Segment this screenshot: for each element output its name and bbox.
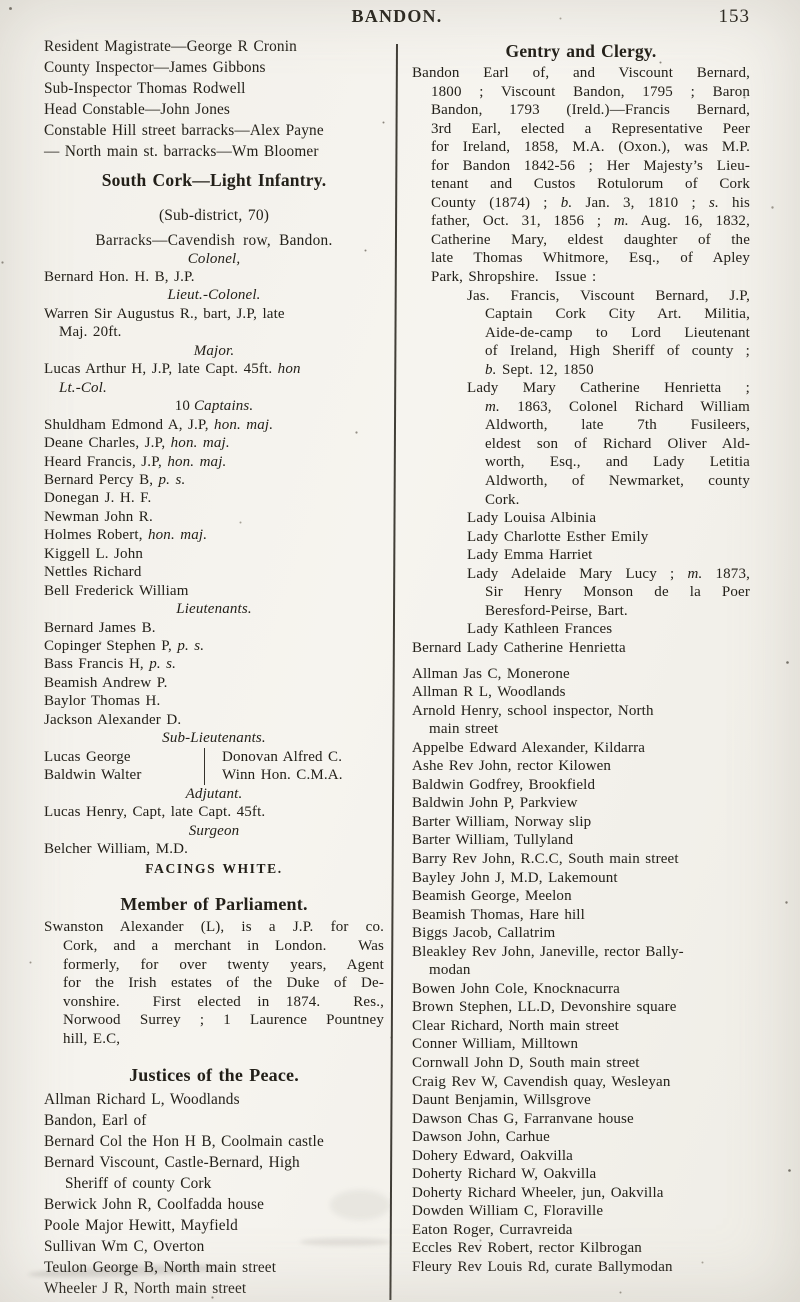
- paragraph-line: for Ireland, 1858, M.A. (Oxon.), was M.P…: [412, 138, 750, 157]
- list-item: Dowden William C, Floraville: [412, 1202, 750, 1221]
- rank-heading-major: Major.: [44, 342, 384, 360]
- list-item: Heard Francis, J.P, hon. maj.: [44, 453, 384, 471]
- surgeon-entry: Belcher William, M.D.: [44, 840, 384, 858]
- paragraph-line: Aldworth, late 7th Fusileers,: [412, 416, 750, 435]
- list-item: Constable Hill street barracks—Alex Payn…: [44, 120, 384, 141]
- lieut-colonel-entry: Warren Sir Augustus R., bart, J.P, lateM…: [44, 305, 384, 342]
- justices-title: Justices of the Peace.: [44, 1063, 384, 1087]
- issue-entry-jas: Jas. Francis, Viscount Bernard, J.P, Cap…: [412, 287, 750, 380]
- list-item: Dohery Edward, Oakvilla: [412, 1147, 750, 1166]
- list-item: Baldwin WalterWinn Hon. C.M.A.: [44, 766, 384, 784]
- paragraph-line: Lady Mary Catherine Henrietta ;: [412, 379, 750, 398]
- list-item: — North main st. barracks—Wm Bloomer: [44, 141, 384, 162]
- officials-list: Resident Magistrate—George R CroninCount…: [44, 0, 384, 162]
- parliament-title: Member of Parliament.: [44, 892, 384, 916]
- issue-entry-adelaide: Lady Adelaide Mary Lucy ; m. 1873, Sir H…: [412, 565, 750, 621]
- list-item: Lucas GeorgeDonovan Alfred C.: [44, 748, 384, 766]
- scanned-page: BANDON. 153 Resident Magistrate—George R…: [0, 0, 800, 1302]
- paragraph-line: eldest son of Richard Oliver Ald-: [412, 435, 750, 454]
- rank-heading-lieut-colonel: Lieut.-Colonel.: [44, 286, 384, 304]
- list-item: Dawson John, Carhue: [412, 1128, 750, 1147]
- facings-line: FACINGS WHITE.: [44, 860, 384, 878]
- lieutenants-list: Bernard James B.Copinger Stephen P, p. s…: [44, 619, 384, 730]
- issue-entry-kathleen: Lady Kathleen Frances: [412, 620, 750, 639]
- list-item: Donegan J. H. F.: [44, 489, 384, 507]
- list-item: Cornwall John D, South main street: [412, 1054, 750, 1073]
- list-item: Clear Richard, North main street: [412, 1017, 750, 1036]
- list-item: Jackson Alexander D.: [44, 711, 384, 729]
- list-item: Doherty Richard Wheeler, jun, Oakvilla: [412, 1184, 750, 1203]
- rank-heading-lieutenants: Lieutenants.: [44, 600, 384, 618]
- list-item: Barry Rev John, R.C.C, South main street: [412, 850, 750, 869]
- list-item: Resident Magistrate—George R Cronin: [44, 36, 384, 57]
- rank-heading-adjutant: Adjutant.: [44, 785, 384, 803]
- colonel-entry: Bernard Hon. H. B, J.P.: [44, 268, 384, 286]
- list-item: Doherty Richard W, Oakvilla: [412, 1165, 750, 1184]
- paragraph-line: Jas. Francis, Viscount Bernard, J.P,: [412, 287, 750, 306]
- paragraph-line: vonshire. First elected in 1874. Res.,: [44, 993, 384, 1012]
- list-item: Teulon George B, North main street: [44, 1257, 384, 1278]
- paragraph-line: Catherine Mary, eldest daughter of the: [412, 231, 750, 250]
- list-item: Brown Stephen, LL.D, Devonshire square: [412, 998, 750, 1017]
- list-item: Shuldham Edmond A, J.P, hon. maj.: [44, 416, 384, 434]
- paragraph-line: Cork, and a merchant in London. Was: [44, 937, 384, 956]
- list-item: Bowen John Cole, Knocknacurra: [412, 980, 750, 999]
- list-item: Appelbe Edward Alexander, Kildarra: [412, 739, 750, 758]
- scan-noise: [0, 0, 1, 1]
- major-entry: Lucas Arthur H, J.P, late Capt. 45ft. ho…: [44, 360, 384, 397]
- list-item: Nettles Richard: [44, 563, 384, 581]
- paragraph-line: of Ireland, High Sheriff of county ;: [412, 342, 750, 361]
- list-item: Sullivan Wm C, Overton: [44, 1236, 384, 1257]
- paragraph-line: Aldworth, of Newmarket, county: [412, 472, 750, 491]
- list-item: Ashe Rev John, rector Kilowen: [412, 757, 750, 776]
- paragraph-line: for Bandon 1842-56 ; Her Majesty’s Lieu-: [412, 157, 750, 176]
- paragraph-line: formerly, for over twenty years, Agent: [44, 956, 384, 975]
- list-item: Baldwin Godfrey, Brookfield: [412, 776, 750, 795]
- paragraph-line: hill, E.C,: [44, 1030, 384, 1049]
- paragraph-line: tenant and Custos Rotulorum of Cork: [412, 175, 750, 194]
- paragraph-line: late Thomas Whitmore, Esq., of Apley: [412, 249, 750, 268]
- list-item: Baldwin John P, Parkview: [412, 794, 750, 813]
- barracks-line: Barracks—Cavendish row, Bandon.: [44, 231, 384, 250]
- list-item: Dawson Chas G, Farranvane house: [412, 1110, 750, 1129]
- list-item: Beamish Andrew P.: [44, 674, 384, 692]
- earl-paragraph: Bandon Earl of, and Viscount Bernard, 18…: [412, 64, 750, 287]
- list-item: Eaton Roger, Curravreida: [412, 1221, 750, 1240]
- list-item: Beamish Thomas, Hare hill: [412, 906, 750, 925]
- list-item: Allman Richard L, Woodlands: [44, 1089, 384, 1110]
- list-item: Kiggell L. John: [44, 545, 384, 563]
- rank-heading-sub-lieutenants: Sub-Lieutenants.: [44, 729, 384, 747]
- list-item: Barter William, Tullyland: [412, 831, 750, 850]
- list-item: Deane Charles, J.P, hon. maj.: [44, 434, 384, 452]
- list-item: Berwick John R, Coolfadda house: [44, 1194, 384, 1215]
- list-item: Barter William, Norway slip: [412, 813, 750, 832]
- list-item: Allman Jas C, Monerone: [412, 665, 750, 684]
- list-item: Eccles Rev Robert, rector Kilbrogan: [412, 1239, 750, 1258]
- right-column: Gentry and Clergy. Bandon Earl of, and V…: [412, 0, 750, 1277]
- infantry-subtitle: (Sub-district, 70): [44, 206, 384, 226]
- list-item: Copinger Stephen P, p. s.: [44, 637, 384, 655]
- list-item: Fleury Rev Louis Rd, curate Ballymodan: [412, 1258, 750, 1277]
- issue-entry-louisa: Lady Louisa Albinia: [412, 509, 750, 528]
- list-item: Newman John R.: [44, 508, 384, 526]
- residents-list: Allman Jas C, MoneroneAllman R L, Woodla…: [412, 665, 750, 1277]
- paragraph-line: Sir Henry Monson de la Poer: [412, 583, 750, 602]
- list-item: Baylor Thomas H.: [44, 692, 384, 710]
- list-item: Conner William, Milltown: [412, 1035, 750, 1054]
- list-item: Holmes Robert, hon. maj.: [44, 526, 384, 544]
- list-item: Beamish George, Meelon: [412, 887, 750, 906]
- list-item: Bayley John J, M.D, Lakemount: [412, 869, 750, 888]
- list-item: Bandon, Earl of: [44, 1110, 384, 1131]
- issue-entry-emma: Lady Emma Harriet: [412, 546, 750, 565]
- paragraph-line: Lady Adelaide Mary Lucy ; m. 1873,: [412, 565, 750, 584]
- parliament-paragraph: Swanston Alexander (L), is a J.P. for co…: [44, 918, 384, 1048]
- list-item: Wheeler J R, North main street: [44, 1278, 384, 1299]
- sub-lieutenants-list: Lucas GeorgeDonovan Alfred C.Baldwin Wal…: [44, 748, 384, 785]
- rank-heading-captains: 10Captains.: [44, 397, 384, 415]
- paragraph-line: Norwood Surrey ; 1 Laurence Pountney: [44, 1011, 384, 1030]
- paragraph-line: b. Sept. 12, 1850: [412, 361, 750, 380]
- rank-heading-colonel: Colonel,: [44, 250, 384, 268]
- list-item: Allman R L, Woodlands: [412, 683, 750, 702]
- paragraph-line: Bandon, 1793 (Ireld.)—Francis Bernard,: [412, 101, 750, 120]
- list-item: Bleakley Rev John, Janeville, rector Bal…: [412, 943, 750, 980]
- list-item: Craig Rev W, Cavendish quay, Wesleyan: [412, 1073, 750, 1092]
- paragraph-line: Beresford-Peirse, Bart.: [412, 602, 750, 621]
- left-column: Resident Magistrate—George R CroninCount…: [44, 0, 384, 1299]
- list-item: Arnold Henry, school inspector, Northmai…: [412, 702, 750, 739]
- paragraph-line: 3rd Earl, elected a Representative Peer: [412, 120, 750, 139]
- list-item: Bass Francis H, p. s.: [44, 655, 384, 673]
- paragraph-line: for the Irish estates of the Duke of De-: [44, 974, 384, 993]
- paragraph-line: Aide-de-camp to Lord Lieutenant: [412, 324, 750, 343]
- paragraph-line: Park, Shropshire. Issue :: [412, 268, 750, 287]
- paragraph-line: Captain Cork City Art. Militia,: [412, 305, 750, 324]
- list-item: Biggs Jacob, Callatrim: [412, 924, 750, 943]
- list-item: Bernard Percy B, p. s.: [44, 471, 384, 489]
- paragraph-line: 1800 ; Viscount Bandon, 1795 ; Baron: [412, 83, 750, 102]
- paragraph-line: County (1874) ; b. Jan. 3, 1810 ; s. his: [412, 194, 750, 213]
- paragraph-line: m. 1863, Colonel Richard William: [412, 398, 750, 417]
- justices-list: Allman Richard L, WoodlandsBandon, Earl …: [44, 1089, 384, 1299]
- paragraph-line: Swanston Alexander (L), is a J.P. for co…: [44, 918, 384, 937]
- issue-entry-mary: Lady Mary Catherine Henrietta ; m. 1863,…: [412, 379, 750, 509]
- column-divider: [389, 44, 398, 1300]
- list-item: Bell Frederick William: [44, 582, 384, 600]
- list-item: Poole Major Hewitt, Mayfield: [44, 1215, 384, 1236]
- list-item: County Inspector—James Gibbons: [44, 57, 384, 78]
- captains-list: Shuldham Edmond A, J.P, hon. maj.Deane C…: [44, 416, 384, 601]
- list-item: Bernard Viscount, Castle-Bernard, HighSh…: [44, 1152, 384, 1194]
- list-item: Sub-Inspector Thomas Rodwell: [44, 78, 384, 99]
- paragraph-line: worth, Esq., and Lady Letitia: [412, 453, 750, 472]
- list-item: Daunt Benjamin, Willsgrove: [412, 1091, 750, 1110]
- issue-entry-charlotte: Lady Charlotte Esther Emily: [412, 528, 750, 547]
- rank-heading-surgeon: Surgeon: [44, 822, 384, 840]
- list-item: Bernard Col the Hon H B, Coolmain castle: [44, 1131, 384, 1152]
- paragraph-line: Bandon Earl of, and Viscount Bernard,: [412, 64, 750, 83]
- paragraph-line: father, Oct. 31, 1856 ; m. Aug. 16, 1832…: [412, 212, 750, 231]
- dowager-entry: Bernard Lady Catherine Henrietta: [412, 639, 750, 658]
- list-item: Bernard James B.: [44, 619, 384, 637]
- infantry-title: South Cork—Light Infantry.: [44, 169, 384, 191]
- paragraph-line: Cork.: [412, 491, 750, 510]
- adjutant-entry: Lucas Henry, Capt, late Capt. 45ft.: [44, 803, 384, 821]
- list-item: Head Constable—John Jones: [44, 99, 384, 120]
- gentry-title: Gentry and Clergy.: [412, 40, 750, 62]
